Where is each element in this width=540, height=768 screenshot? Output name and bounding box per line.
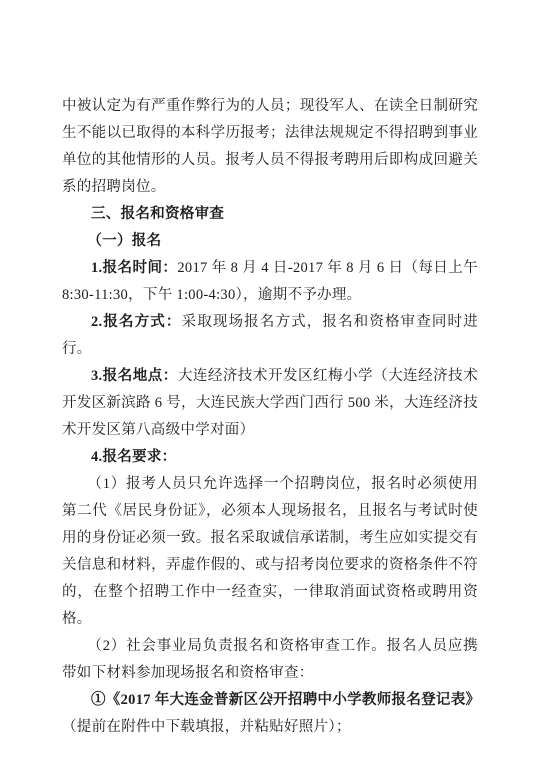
item-registration-time: 1.报名时间：2017 年 8 月 4 日-2017 年 8 月 6 日（每日上… [62, 255, 478, 309]
page-number: 2 [0, 690, 540, 704]
item-label: 3.报名地点： [91, 368, 178, 384]
paragraph-intro: 中被认定为有严重作弊行为的人员；现役军人、在读全日制研究生不能以已取得的本科学历… [62, 93, 478, 201]
item-registration-requirements: 4.报名要求： [62, 444, 478, 471]
item-label: 2.报名方式： [91, 314, 182, 330]
section-heading: 三、报名和资格审查 [62, 201, 478, 228]
item-registration-method: 2.报名方式：采取现场报名方式，报名和资格审查同时进行。 [62, 309, 478, 363]
material-note: （提前在附件中下载填报，并粘贴好照片）； [62, 719, 351, 735]
item-label: 1.报名时间： [91, 260, 177, 276]
subsection-heading: （一）报名 [62, 228, 478, 255]
document-content: 中被认定为有严重作弊行为的人员；现役军人、在读全日制研究生不能以已取得的本科学历… [62, 93, 478, 741]
document-page: 中被认定为有严重作弊行为的人员；现役军人、在读全日制研究生不能以已取得的本科学历… [0, 0, 540, 768]
item-label: 4.报名要求： [91, 449, 176, 465]
item-registration-location: 3.报名地点：大连经济技术开发区红梅小学（大连经济技术开发区新滨路 6 号，大连… [62, 363, 478, 444]
requirement-paragraph-2: （2）社会事业局负责报名和资格审查工作。报名人员应携带如下材料参加现场报名和资格… [62, 633, 478, 687]
requirement-paragraph-1: （1）报考人员只允许选择一个招聘岗位，报名时必须使用第二代《居民身份证》，必须本… [62, 471, 478, 633]
